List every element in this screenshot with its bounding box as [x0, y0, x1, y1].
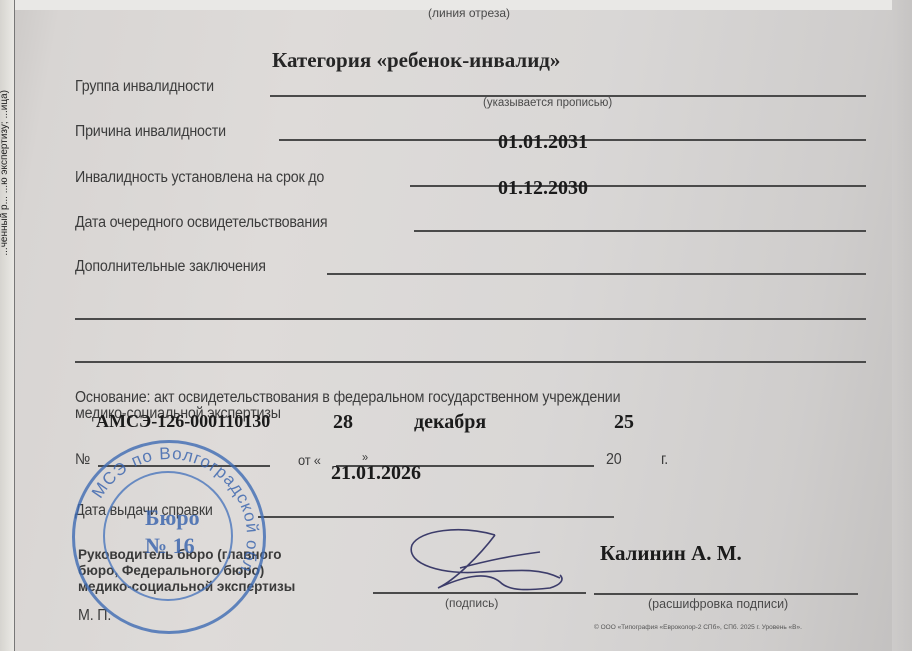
disability-cause-value: 01.01.2031 — [498, 131, 588, 154]
cut-line-label: (линия отреза) — [428, 6, 510, 20]
additional-conclusions-field-2[interactable] — [75, 318, 866, 320]
left-page-edge: ...ченный р... ...ю экспертизу; ...ица) — [0, 0, 15, 651]
printer-note: © ООО «Типография «Евроколор-2 СПб», СПб… — [594, 624, 802, 631]
next-exam-label: Дата очередного освидетельствования — [75, 214, 327, 232]
signature-scribble — [400, 520, 600, 600]
disability-term-field[interactable] — [410, 185, 866, 187]
seal-center-line1: Бюро — [145, 505, 200, 531]
year-prefix: 20 — [606, 451, 621, 469]
disability-cause-label: Причина инвалидности — [75, 123, 226, 141]
disability-group-hint: (указывается прописью) — [483, 97, 612, 109]
name-field[interactable] — [594, 593, 858, 595]
disability-group-label: Группа инвалидности — [75, 78, 214, 96]
right-page-edge — [892, 0, 912, 651]
additional-conclusions-field-3[interactable] — [75, 361, 866, 363]
official-seal: МСЭ по Волгоградской обл. Бюро № 16 — [72, 440, 266, 634]
from-label: от « — [298, 452, 321, 468]
next-exam-field[interactable] — [414, 230, 866, 232]
disability-term-label: Инвалидность установлена на срок до — [75, 169, 324, 187]
left-margin-text: ...ченный р... ...ю экспертизу; ...ица) — [0, 90, 10, 256]
name-hint: (расшифровка подписи) — [648, 597, 788, 611]
additional-conclusions-label: Дополнительные заключения — [75, 258, 266, 276]
act-year-value: 25 — [614, 411, 634, 434]
additional-conclusions-field-1[interactable] — [327, 273, 866, 275]
extra-date-value: 21.01.2026 — [331, 462, 421, 485]
document-title: Категория «ребенок-инвалид» — [272, 48, 560, 73]
act-number-value: АМСЭ-126-000110130 — [96, 411, 270, 432]
act-month-value: декабря — [414, 411, 486, 434]
signatory-name: Калинин А. М. — [600, 541, 742, 566]
act-day-value: 28 — [333, 411, 353, 434]
seal-center-line2: № 16 — [145, 533, 195, 559]
disability-term-value: 01.12.2030 — [498, 177, 588, 200]
year-suffix: г. — [661, 451, 668, 469]
issue-date-field[interactable] — [258, 516, 614, 518]
